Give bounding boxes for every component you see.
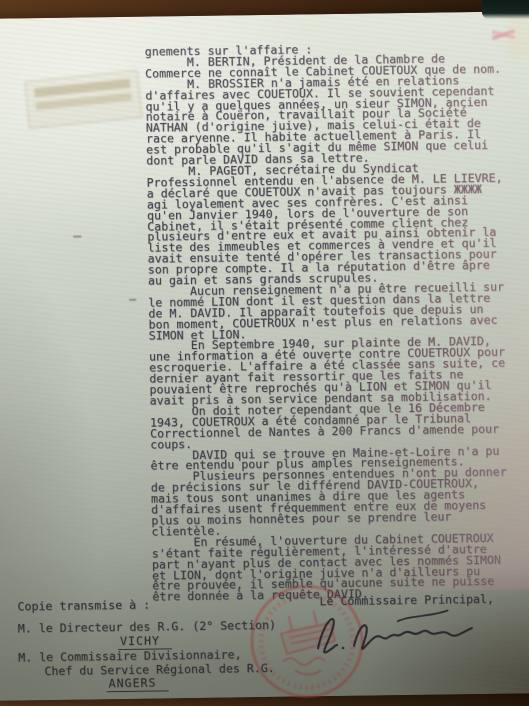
report-paragraph: Aucun renseignement n'a pu être recueill… xyxy=(148,282,511,342)
report-paragraph: M. BROSSIER n'a jamais été en relations … xyxy=(145,74,508,166)
photographed-document: gnements sur l'affaire :M. BERTIN, Prési… xyxy=(0,0,529,706)
copy-destination-city: ANGERS xyxy=(106,674,318,692)
report-paragraph: On doit noter cependant que le 16 Décemb… xyxy=(150,401,513,450)
stray-ink-mark xyxy=(73,236,81,238)
dark-table-patch xyxy=(482,0,529,19)
report-paragraph: En Septembre 1940, sur plainte de M. DAV… xyxy=(149,336,512,406)
copy-line-text: ANGERS xyxy=(106,676,168,692)
paper-sheet: gnements sur l'affaire :M. BERTIN, Prési… xyxy=(0,11,529,701)
copy-distribution-block: Copie transmise à :M. le Directeur des R… xyxy=(17,596,318,694)
copy-line-text: Chef du Service Régional des R.G. xyxy=(44,661,275,678)
report-paragraph: M. PAGEOT, secrétaire du Syndicat Profes… xyxy=(146,162,510,287)
handwritten-signature xyxy=(301,594,502,677)
stray-ink-mark xyxy=(129,299,136,301)
faded-rectangular-stamp-icon xyxy=(24,70,142,129)
report-paragraph: Plusieurs personnes entendues n'ont pu d… xyxy=(151,467,514,537)
copy-recipient-line: Copie transmise à : xyxy=(17,596,317,614)
report-body-text: gnements sur l'affaire :M. BERTIN, Prési… xyxy=(145,42,515,603)
copy-line-text: Copie transmise à : xyxy=(17,598,150,614)
